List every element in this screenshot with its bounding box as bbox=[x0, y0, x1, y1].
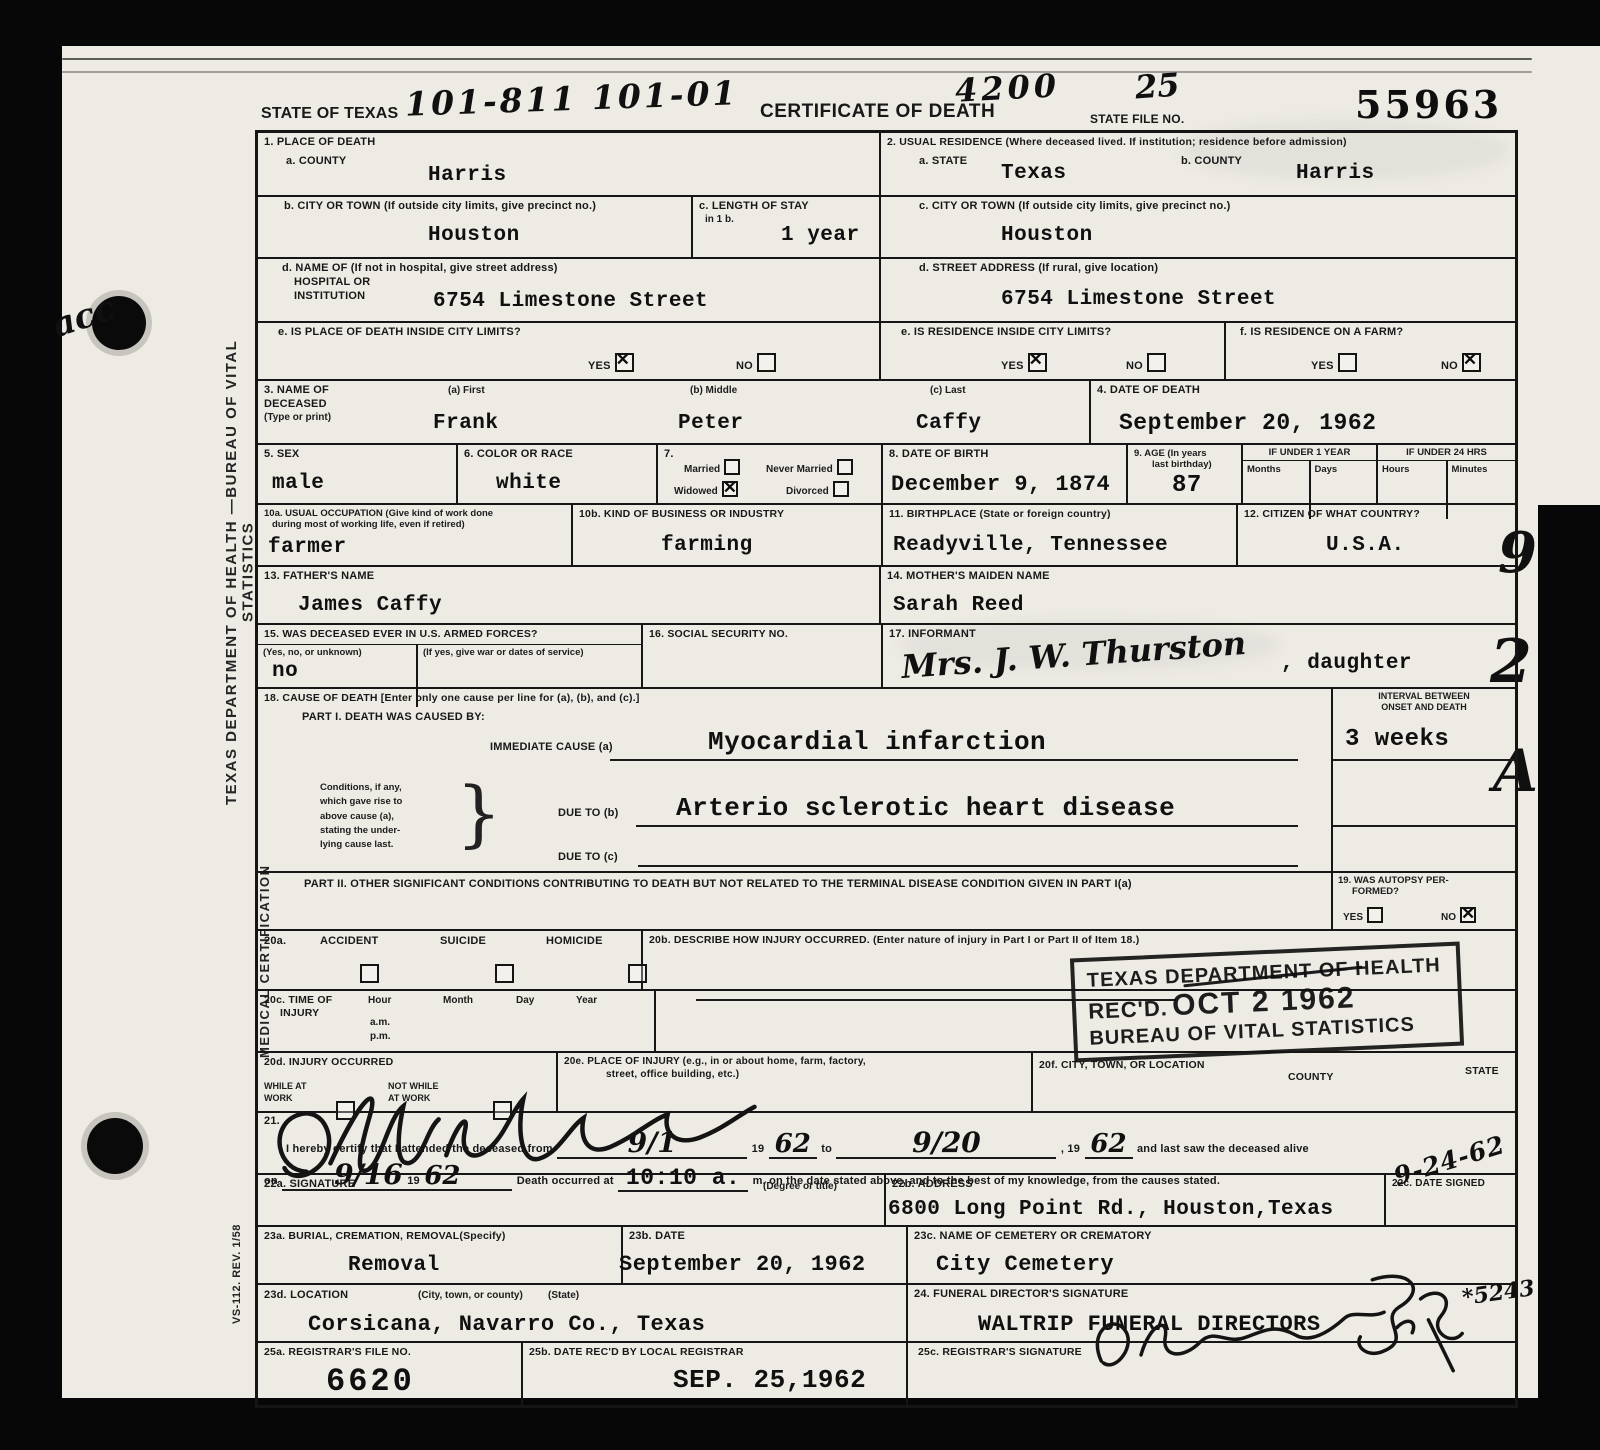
field-birthplace: 11. BIRTHPLACE (State or foreign country… bbox=[883, 505, 1238, 565]
last-name-label: (c) Last bbox=[930, 385, 966, 397]
under-24-hrs-label: IF UNDER 24 HRS bbox=[1378, 445, 1515, 461]
field-place-of-death: 1. PLACE OF DEATH a. COUNTY Harris bbox=[258, 133, 881, 195]
conditions-note-line: Conditions, if any, bbox=[320, 781, 402, 795]
age-label-1: 9. AGE (In years bbox=[1134, 448, 1235, 459]
to-date-line: 9/20 bbox=[836, 1129, 1056, 1159]
cause-of-death-label: 18. CAUSE OF DEATH [Enter only one cause… bbox=[264, 692, 1325, 705]
certify-text-2: and last saw the deceased alive bbox=[1137, 1143, 1309, 1155]
scan-border-left bbox=[0, 46, 62, 1398]
yes-text: YES bbox=[1343, 912, 1363, 923]
due-to-b-line bbox=[636, 825, 1298, 827]
last-name-value: Caffy bbox=[916, 413, 982, 435]
field-sex: 5. SEX male bbox=[258, 445, 458, 503]
month-label: Month bbox=[443, 995, 473, 1007]
first-name-value: Frank bbox=[433, 413, 499, 435]
field-usual-residence: 2. USUAL RESIDENCE (Where deceased lived… bbox=[881, 133, 1515, 195]
cemetery-value: City Cemetery bbox=[936, 1253, 1114, 1276]
no-text: NO bbox=[1126, 360, 1143, 372]
age-label-2: last birthday) bbox=[1134, 459, 1235, 470]
field-burial-date: 23b. DATE September 20, 1962 bbox=[623, 1227, 908, 1283]
file-number-handwriting-2: 25 bbox=[1134, 68, 1181, 103]
hospital-label: d. NAME OF (If not in hospital, give str… bbox=[264, 262, 873, 276]
row-3: d. NAME OF (If not in hospital, give str… bbox=[258, 259, 1515, 323]
autopsy-no: NO bbox=[1441, 907, 1476, 924]
dob-value: December 9, 1874 bbox=[891, 473, 1110, 496]
death-city-limits-label: e. IS PLACE OF DEATH INSIDE CITY LIMITS? bbox=[264, 326, 873, 340]
due-to-b-value: Arterio sclerotic heart disease bbox=[676, 795, 1175, 822]
label-20a: 20a. bbox=[264, 935, 286, 949]
stamp-recd: REC'D. bbox=[1088, 995, 1169, 1023]
date-of-death-label: 4. DATE OF DEATH bbox=[1097, 384, 1509, 398]
widowed-text: Widowed bbox=[674, 486, 718, 497]
business-label: 10b. KIND OF BUSINESS OR INDUSTRY bbox=[579, 508, 875, 521]
injury-county-label: COUNTY bbox=[1288, 1071, 1334, 1084]
field-marital-status: 7. Married Never Married Widowed Divorce… bbox=[658, 445, 883, 503]
dob-label: 8. DATE OF BIRTH bbox=[889, 448, 1120, 462]
armed-forces-sublabel-2: (If yes, give war or dates of service) bbox=[423, 647, 636, 658]
field-age: 9. AGE (In years last birthday) 87 bbox=[1128, 445, 1243, 503]
registrar-file-no-value: 6620 bbox=[326, 1365, 415, 1399]
autopsy-yes: YES bbox=[1343, 907, 1383, 924]
informant-relation-typed: , daughter bbox=[1281, 653, 1412, 675]
certificate-number: 55963 bbox=[1355, 86, 1502, 124]
to-year-line: 62 bbox=[1085, 1131, 1133, 1159]
date-recd-value: SEP. 25,1962 bbox=[673, 1367, 866, 1394]
mother-name-value: Sarah Reed bbox=[893, 595, 1024, 617]
checkbox-residence-limits-yes bbox=[1028, 353, 1047, 372]
field-injury-city: 20f. CITY, TOWN, OR LOCATION COUNTY STAT… bbox=[1033, 1053, 1515, 1111]
date-of-death-value: September 20, 1962 bbox=[1119, 411, 1376, 435]
sex-label: 5. SEX bbox=[264, 448, 450, 462]
street-address-value: 6754 Limestone Street bbox=[1001, 289, 1276, 311]
checkbox-suicide bbox=[495, 964, 514, 983]
conditions-note-line: stating the under- bbox=[320, 824, 402, 838]
row-4: e. IS PLACE OF DEATH INSIDE CITY LIMITS?… bbox=[258, 323, 1515, 381]
mother-name-label: 14. MOTHER'S MAIDEN NAME bbox=[887, 570, 1509, 584]
father-name-label: 13. FATHER'S NAME bbox=[264, 570, 873, 584]
conditions-brace: } bbox=[456, 777, 502, 849]
street-address-label: d. STREET ADDRESS (If rural, give locati… bbox=[887, 262, 1509, 276]
field-occupation: 10a. USUAL OCCUPATION (Give kind of work… bbox=[258, 505, 573, 565]
first-name-label: (a) First bbox=[448, 385, 485, 397]
residence-city-value: Houston bbox=[1001, 225, 1093, 247]
name-label-2: DECEASED bbox=[264, 398, 1083, 412]
location-sublabel-2: (State) bbox=[548, 1290, 579, 1302]
year-prefix-b: , 19 bbox=[1061, 1143, 1080, 1155]
field-burial-removal: 23a. BURIAL, CREMATION, REMOVAL(Specify)… bbox=[258, 1227, 623, 1283]
conditions-note-line: above cause (a), bbox=[320, 810, 402, 824]
day-label: Day bbox=[516, 995, 534, 1007]
married-text: Married bbox=[684, 464, 720, 475]
suicide-label: SUICIDE bbox=[440, 935, 486, 949]
burial-label: 23a. BURIAL, CREMATION, REMOVAL(Specify) bbox=[264, 1230, 615, 1243]
middle-name-value: Peter bbox=[678, 413, 744, 435]
field-informant: 17. INFORMANT Mrs. J. W. Thurston , daug… bbox=[883, 625, 1515, 687]
checkbox-accident bbox=[360, 964, 379, 983]
scan-hairline bbox=[62, 71, 1532, 73]
field-burial-location: 23d. LOCATION (City, town, or county) (S… bbox=[258, 1285, 908, 1341]
registrar-file-no-label: 25a. REGISTRAR'S FILE NO. bbox=[264, 1346, 515, 1359]
injury-occurred-label: 20d. INJURY OCCURRED bbox=[264, 1056, 550, 1069]
no-label: NO bbox=[736, 353, 776, 374]
field-father-name: 13. FATHER'S NAME James Caffy bbox=[258, 567, 881, 623]
conditions-note-line: which gave rise to bbox=[320, 795, 402, 809]
checkbox-farm-no bbox=[1462, 353, 1481, 372]
field-date-recd: 25b. DATE REC'D BY LOCAL REGISTRAR SEP. … bbox=[523, 1343, 908, 1405]
from-year-line: 62 bbox=[769, 1131, 817, 1159]
residence-county-value: Harris bbox=[1296, 163, 1375, 185]
left-margin-department-text: TEXAS DEPARTMENT OF HEALTH —BUREAU OF VI… bbox=[224, 298, 257, 846]
field-length-of-stay: c. LENGTH OF STAY in 1 b. 1 year bbox=[693, 197, 881, 257]
no-text: NO bbox=[1441, 360, 1458, 372]
yes-label: YES bbox=[1001, 353, 1047, 374]
length-of-stay-label: c. LENGTH OF STAY bbox=[699, 200, 873, 214]
city-of-death-value: Houston bbox=[428, 225, 520, 247]
part1-label: PART I. DEATH WAS CAUSED BY: bbox=[302, 711, 485, 725]
field-city-of-death: b. CITY OR TOWN (If outside city limits,… bbox=[258, 197, 693, 257]
conditions-note-line: lying cause last. bbox=[320, 838, 402, 852]
interval-value: 3 weeks bbox=[1345, 727, 1449, 752]
birthplace-value: Readyville, Tennessee bbox=[893, 535, 1168, 557]
city-of-death-label: b. CITY OR TOWN (If outside city limits,… bbox=[264, 200, 685, 214]
burial-date-label: 23b. DATE bbox=[629, 1230, 900, 1244]
location-value: Corsicana, Navarro Co., Texas bbox=[308, 1313, 705, 1336]
checkbox-widowed bbox=[722, 481, 738, 497]
field-name-of-deceased: 3. NAME OF DECEASED (Type or print) (a) … bbox=[258, 381, 1091, 443]
field-business: 10b. KIND OF BUSINESS OR INDUSTRY farmin… bbox=[573, 505, 883, 565]
field-citizen: 12. CITIZEN OF WHAT COUNTRY? U.S.A. bbox=[1238, 505, 1515, 565]
due-to-c-label: DUE TO (c) bbox=[558, 851, 618, 865]
county-label: a. COUNTY bbox=[286, 155, 346, 169]
to-year-handwriting: 62 bbox=[1090, 1129, 1126, 1159]
yes-text: YES bbox=[1311, 360, 1334, 372]
usual-residence-label: 2. USUAL RESIDENCE (Where deceased lived… bbox=[887, 136, 1509, 149]
field-cause-of-death: 18. CAUSE OF DEATH [Enter only one cause… bbox=[258, 689, 1333, 871]
certificate-header: STATE OF TEXAS 101-811 101-01 CERTIFICAT… bbox=[255, 80, 1512, 130]
burial-value: Removal bbox=[348, 1255, 440, 1277]
immediate-cause-label: IMMEDIATE CAUSE (a) bbox=[490, 741, 613, 755]
checkbox-autopsy-yes bbox=[1367, 907, 1383, 923]
am-label: a.m. bbox=[370, 1017, 390, 1029]
residence-state-label: a. STATE bbox=[919, 155, 967, 169]
row-9: 15. WAS DECEASED EVER IN U.S. ARMED FORC… bbox=[258, 625, 1515, 689]
residence-state-value: Texas bbox=[1001, 163, 1067, 185]
row-1: 1. PLACE OF DEATH a. COUNTY Harris 2. US… bbox=[258, 133, 1515, 197]
checkbox-married bbox=[724, 459, 740, 475]
checkbox-death-limits-yes bbox=[615, 353, 634, 372]
state-of-texas-label: STATE OF TEXAS bbox=[261, 104, 398, 124]
field-residence-farm: f. IS RESIDENCE ON A FARM? YES NO bbox=[1226, 323, 1515, 379]
field-armed-forces: 15. WAS DECEASED EVER IN U.S. ARMED FORC… bbox=[258, 625, 643, 687]
burial-date-value: September 20, 1962 bbox=[619, 1253, 866, 1276]
to-date-handwriting: 9/20 bbox=[912, 1126, 981, 1159]
date-recd-label: 25b. DATE REC'D BY LOCAL REGISTRAR bbox=[529, 1346, 900, 1359]
birthplace-label: 11. BIRTHPLACE (State or foreign country… bbox=[889, 508, 1230, 521]
row-2: b. CITY OR TOWN (If outside city limits,… bbox=[258, 197, 1515, 259]
field-part2-conditions: PART II. OTHER SIGNIFICANT CONDITIONS CO… bbox=[258, 873, 1333, 929]
checkbox-residence-limits-no bbox=[1147, 353, 1166, 372]
yes-label: YES bbox=[1311, 353, 1357, 374]
injury-city-label: 20f. CITY, TOWN, OR LOCATION bbox=[1039, 1059, 1205, 1072]
homicide-label: HOMICIDE bbox=[546, 935, 603, 949]
injury-state-label: STATE bbox=[1465, 1065, 1499, 1078]
divorced-text: Divorced bbox=[786, 486, 829, 497]
yes-text: YES bbox=[1001, 360, 1024, 372]
field-date-of-birth: 8. DATE OF BIRTH December 9, 1874 bbox=[883, 445, 1128, 503]
checkbox-farm-yes bbox=[1338, 353, 1357, 372]
checkbox-death-limits-no bbox=[757, 353, 776, 372]
residence-city-label: c. CITY OR TOWN (If outside city limits,… bbox=[887, 200, 1509, 214]
autopsy-label-1: 19. WAS AUTOPSY PER- bbox=[1338, 875, 1510, 886]
race-label: 6. COLOR OR RACE bbox=[464, 448, 650, 462]
citizen-label: 12. CITIZEN OF WHAT COUNTRY? bbox=[1244, 508, 1509, 521]
field-time-of-injury: 20c. TIME OF INJURY Hour a.m. p.m. Month… bbox=[258, 991, 656, 1051]
field-residence-city-limits: e. IS RESIDENCE INSIDE CITY LIMITS? YES … bbox=[881, 323, 1226, 379]
place-of-death-label: 1. PLACE OF DEATH bbox=[264, 136, 873, 150]
length-of-stay-value: 1 year bbox=[781, 225, 860, 247]
pm-label: p.m. bbox=[370, 1031, 391, 1043]
row-7: 10a. USUAL OCCUPATION (Give kind of work… bbox=[258, 505, 1515, 567]
scan-border-top bbox=[0, 0, 1600, 46]
middle-name-label: (b) Middle bbox=[690, 385, 737, 397]
interval-divider-a bbox=[1333, 759, 1515, 761]
autopsy-label-2: FORMED? bbox=[1338, 886, 1510, 897]
business-value: farming bbox=[661, 535, 753, 557]
state-file-no-label: STATE FILE NO. bbox=[1090, 112, 1184, 127]
field-if-under-24-hrs: IF UNDER 24 HRS Hours Minutes bbox=[1378, 445, 1515, 503]
under-1-year-label: IF UNDER 1 YEAR bbox=[1243, 445, 1376, 461]
scan-hairline bbox=[62, 58, 1532, 60]
field-street-address: d. STREET ADDRESS (If rural, give locati… bbox=[881, 259, 1515, 321]
punch-hole bbox=[87, 1118, 143, 1174]
row-11: PART II. OTHER SIGNIFICANT CONDITIONS CO… bbox=[258, 873, 1515, 931]
married-label: Married bbox=[684, 459, 740, 476]
occupation-label-2: during most of working life, even if ret… bbox=[264, 519, 565, 530]
accident-label: ACCIDENT bbox=[320, 935, 378, 949]
race-value: white bbox=[496, 473, 562, 495]
field-death-city-limits: e. IS PLACE OF DEATH INSIDE CITY LIMITS?… bbox=[258, 323, 881, 379]
death-certificate-form: 1. PLACE OF DEATH a. COUNTY Harris 2. US… bbox=[255, 130, 1518, 1408]
physician-signature bbox=[267, 1064, 769, 1213]
conditions-note: Conditions, if any, which gave rise to a… bbox=[320, 781, 402, 852]
left-margin-form-code: VS-112. REV. 1/58 bbox=[231, 1150, 243, 1398]
yes-text: YES bbox=[588, 360, 611, 372]
field-ssn: 16. SOCIAL SECURITY NO. bbox=[643, 625, 883, 687]
year-label: Year bbox=[576, 995, 597, 1007]
row-17: 23a. BURIAL, CREMATION, REMOVAL(Specify)… bbox=[258, 1227, 1515, 1285]
widowed-label: Widowed bbox=[674, 481, 738, 498]
scan-border-right bbox=[1538, 505, 1600, 1398]
hour-label: Hour bbox=[368, 995, 391, 1007]
sex-value: male bbox=[272, 473, 324, 495]
armed-forces-value: no bbox=[272, 661, 298, 683]
father-name-value: James Caffy bbox=[298, 595, 442, 617]
part2-label: PART II. OTHER SIGNIFICANT CONDITIONS CO… bbox=[264, 876, 1325, 892]
field-mother-name: 14. MOTHER'S MAIDEN NAME Sarah Reed bbox=[881, 567, 1515, 623]
row-5: 3. NAME OF DECEASED (Type or print) (a) … bbox=[258, 381, 1515, 445]
field-race: 6. COLOR OR RACE white bbox=[458, 445, 658, 503]
field-autopsy: 19. WAS AUTOPSY PER- FORMED? YES NO bbox=[1333, 873, 1515, 929]
never-married-label: Never Married bbox=[766, 459, 853, 476]
from-year-handwriting: 62 bbox=[775, 1129, 811, 1159]
yes-label: YES bbox=[588, 353, 634, 374]
hospital-label-2: HOSPITAL OR bbox=[264, 276, 873, 290]
county-value: Harris bbox=[428, 165, 507, 187]
to-word: to bbox=[821, 1143, 832, 1155]
location-sublabel-1: (City, town, or county) bbox=[418, 1290, 523, 1302]
field-physician-address: 22b. ADDRESS 6800 Long Point Rd., Housto… bbox=[886, 1175, 1386, 1225]
no-text: NO bbox=[736, 360, 753, 372]
due-to-c-line bbox=[638, 865, 1298, 867]
residence-county-label: b. COUNTY bbox=[1181, 155, 1242, 169]
citizen-value: U.S.A. bbox=[1326, 535, 1405, 557]
field-date-of-death: 4. DATE OF DEATH September 20, 1962 bbox=[1091, 381, 1515, 443]
checkbox-divorced bbox=[833, 481, 849, 497]
ssn-label: 16. SOCIAL SECURITY NO. bbox=[649, 628, 875, 641]
occupation-value: farmer bbox=[268, 537, 347, 559]
row-8: 13. FATHER'S NAME James Caffy 14. MOTHER… bbox=[258, 567, 1515, 625]
hospital-value: 6754 Limestone Street bbox=[433, 291, 708, 313]
address-label: 22b. ADDRESS bbox=[892, 1178, 1378, 1192]
divorced-label: Divorced bbox=[786, 481, 849, 498]
residence-limits-label: e. IS RESIDENCE INSIDE CITY LIMITS? bbox=[887, 326, 1218, 340]
interval-label-1: INTERVAL BETWEEN bbox=[1337, 691, 1511, 702]
interval-divider-b bbox=[1333, 825, 1515, 827]
field-interval: INTERVAL BETWEEN ONSET AND DEATH 3 weeks bbox=[1333, 689, 1515, 871]
checkbox-autopsy-no bbox=[1460, 907, 1476, 923]
degree-title-label: (Degree or title) bbox=[763, 1181, 837, 1193]
file-number-handwriting: 4200 bbox=[954, 69, 1061, 106]
residence-farm-label: f. IS RESIDENCE ON A FARM? bbox=[1232, 326, 1509, 340]
field-registrar-file-no: 25a. REGISTRAR'S FILE NO. 6620 bbox=[258, 1343, 523, 1405]
immediate-cause-line bbox=[610, 759, 1298, 761]
location-label: 23d. LOCATION bbox=[264, 1289, 348, 1303]
field-residence-city: c. CITY OR TOWN (If outside city limits,… bbox=[881, 197, 1515, 257]
received-stamp: TEXAS DEPARTMENT OF HEALTH REC'D. OCT 2 … bbox=[1070, 942, 1464, 1063]
scanned-death-certificate: { "header": { "state": "STATE OF TEXAS",… bbox=[0, 0, 1600, 1450]
age-value: 87 bbox=[1172, 473, 1202, 498]
no-label: NO bbox=[1126, 353, 1166, 374]
row-10: 18. CAUSE OF DEATH [Enter only one cause… bbox=[258, 689, 1515, 873]
no-text: NO bbox=[1441, 912, 1456, 923]
occupation-label-1: 10a. USUAL OCCUPATION (Give kind of work… bbox=[264, 508, 565, 519]
time-of-injury-label-2: INJURY bbox=[264, 1007, 648, 1020]
interval-label-2: ONSET AND DEATH bbox=[1337, 702, 1511, 713]
checkbox-never-married bbox=[837, 459, 853, 475]
field-if-under-1-year: IF UNDER 1 YEAR Months Days bbox=[1243, 445, 1378, 503]
field-hospital: d. NAME OF (If not in hospital, give str… bbox=[258, 259, 881, 321]
never-married-text: Never Married bbox=[766, 464, 833, 475]
armed-forces-label: 15. WAS DECEASED EVER IN U.S. ARMED FORC… bbox=[258, 625, 641, 645]
registrar-code-handwriting: 101-811 101-01 bbox=[405, 76, 739, 121]
cemetery-label: 23c. NAME OF CEMETERY OR CREMATORY bbox=[914, 1230, 1509, 1244]
field-accident-suicide-homicide: 20a. ACCIDENT SUICIDE HOMICIDE bbox=[258, 931, 643, 989]
row-6: 5. SEX male 6. COLOR OR RACE white 7. Ma… bbox=[258, 445, 1515, 505]
armed-forces-sublabel-1: (Yes, no, or unknown) bbox=[263, 647, 411, 658]
no-label: NO bbox=[1441, 353, 1481, 374]
due-to-b-label: DUE TO (b) bbox=[558, 807, 618, 821]
address-value: 6800 Long Point Rd., Houston,Texas bbox=[888, 1199, 1333, 1221]
immediate-cause-value: Myocardial infarction bbox=[708, 729, 1046, 756]
